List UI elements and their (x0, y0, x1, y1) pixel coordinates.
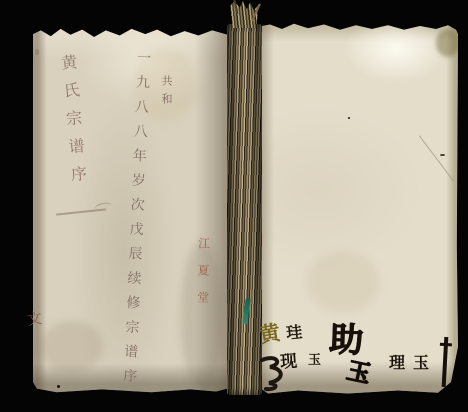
handwriting-hall-name: 江夏堂 (194, 237, 212, 318)
ink-scribble-gui: 珪 (285, 319, 303, 344)
paper-stain (436, 29, 460, 57)
ink-speck (57, 385, 60, 388)
ink-speck (35, 49, 39, 55)
book-spine-threads (227, 24, 262, 395)
paper-stain (41, 321, 103, 373)
ink-flourish (257, 352, 287, 392)
handwriting-heading-small: 共和 (158, 75, 174, 111)
ink-scribble-li-yu: 理玉 (389, 350, 437, 373)
book-photo: 共和 一九八八年岁次戊辰续修宗谱序 黄氏宗谱序 江夏堂 文 黄 珪 现 玉 助 … (0, 0, 468, 412)
paper-stain (306, 251, 380, 313)
ink-speck (440, 154, 445, 156)
ink-speck (348, 117, 350, 119)
ink-scribble-yu-small: 玉 (308, 349, 321, 368)
handwriting-corner-mark: 文 (26, 307, 44, 330)
